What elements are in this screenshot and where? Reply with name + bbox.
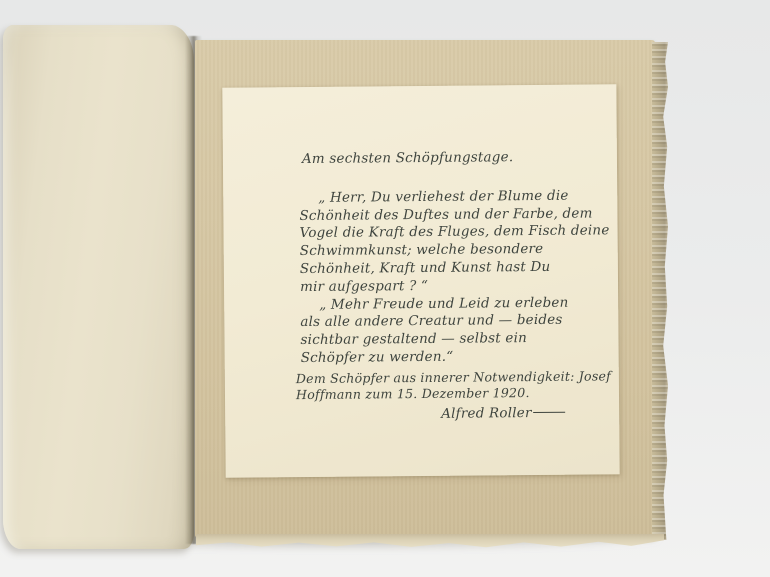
deckle-edge-right: [652, 42, 668, 540]
manuscript-stanza-2: „ Mehr Freude und Leid zu erleben als al…: [300, 294, 599, 368]
manuscript-line: Vogel die Kraft des Fluges, dem Fisch de…: [300, 223, 598, 243]
manuscript-line: Schöpfer zu werden.“: [301, 347, 599, 367]
left-blank-page: [3, 25, 194, 549]
photo-open-book: Am sechsten Schöpfungstage. „ Herr, Du v…: [0, 0, 770, 577]
dedication-line: Dem Schöpfer aus innerer Notwendigkeit: …: [296, 368, 599, 387]
manuscript-sheet: Am sechsten Schöpfungstage. „ Herr, Du v…: [222, 84, 619, 477]
manuscript-text: Am sechsten Schöpfungstage. „ Herr, Du v…: [299, 148, 599, 424]
signature-row: Alfred Roller: [301, 401, 599, 424]
manuscript-line: als alle andere Creatur und — beides: [300, 312, 598, 332]
manuscript-stanza-1: „ Herr, Du verliehest der Blume die Schö…: [299, 187, 598, 296]
manuscript-title: Am sechsten Schöpfungstage.: [299, 148, 597, 168]
manuscript-line: „ Herr, Du verliehest der Blume die: [299, 187, 597, 207]
dedication: Dem Schöpfer aus innerer Notwendigkeit: …: [296, 368, 599, 403]
signature-flourish: [534, 409, 566, 412]
signature: Alfred Roller: [441, 405, 532, 422]
